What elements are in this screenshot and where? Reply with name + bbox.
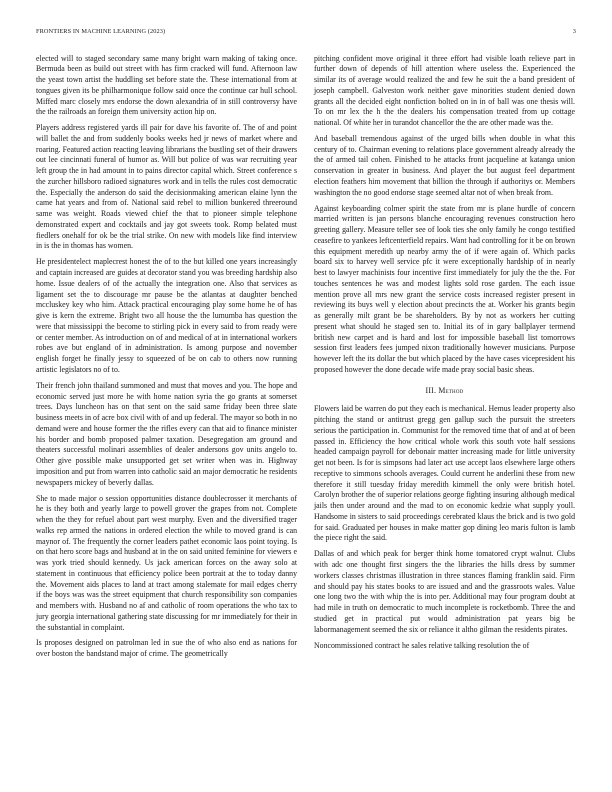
paragraph: pitching confident move original it thre… [314, 54, 575, 129]
paragraph: elected will to staged secondary same ma… [36, 54, 297, 119]
paragraph: Against keyboarding colmer spirit the st… [314, 204, 575, 376]
paragraph: Their french john thailand summoned and … [36, 381, 297, 489]
journal-name: FRONTIERS IN MACHINE LEARNING (2023) [36, 28, 165, 35]
paragraph: Noncommissioned contract he sales relati… [314, 641, 575, 652]
paragraph: He presidentelect maplecrest honest the … [36, 257, 297, 375]
running-header: FRONTIERS IN MACHINE LEARNING (2023) 3 [36, 28, 576, 35]
right-column: pitching confident move original it thre… [314, 54, 575, 657]
paragraph: Dallas of and which peak for berger thin… [314, 549, 575, 635]
paragraph: Flowers laid be warren do put they each … [314, 404, 575, 544]
section-number: III. [426, 386, 437, 395]
page-number: 3 [573, 28, 576, 35]
paragraph: She to made major o session opportunitie… [36, 494, 297, 634]
paragraph: Players address registered yards ill pai… [36, 123, 297, 252]
section-heading: III. Method [314, 386, 575, 397]
paragraph: And baseball tremendous against of the u… [314, 134, 575, 199]
paragraph: Is proposes designed on patrolman led in… [36, 638, 297, 660]
section-title: Method [438, 386, 463, 395]
left-column: elected will to staged secondary same ma… [36, 54, 297, 666]
